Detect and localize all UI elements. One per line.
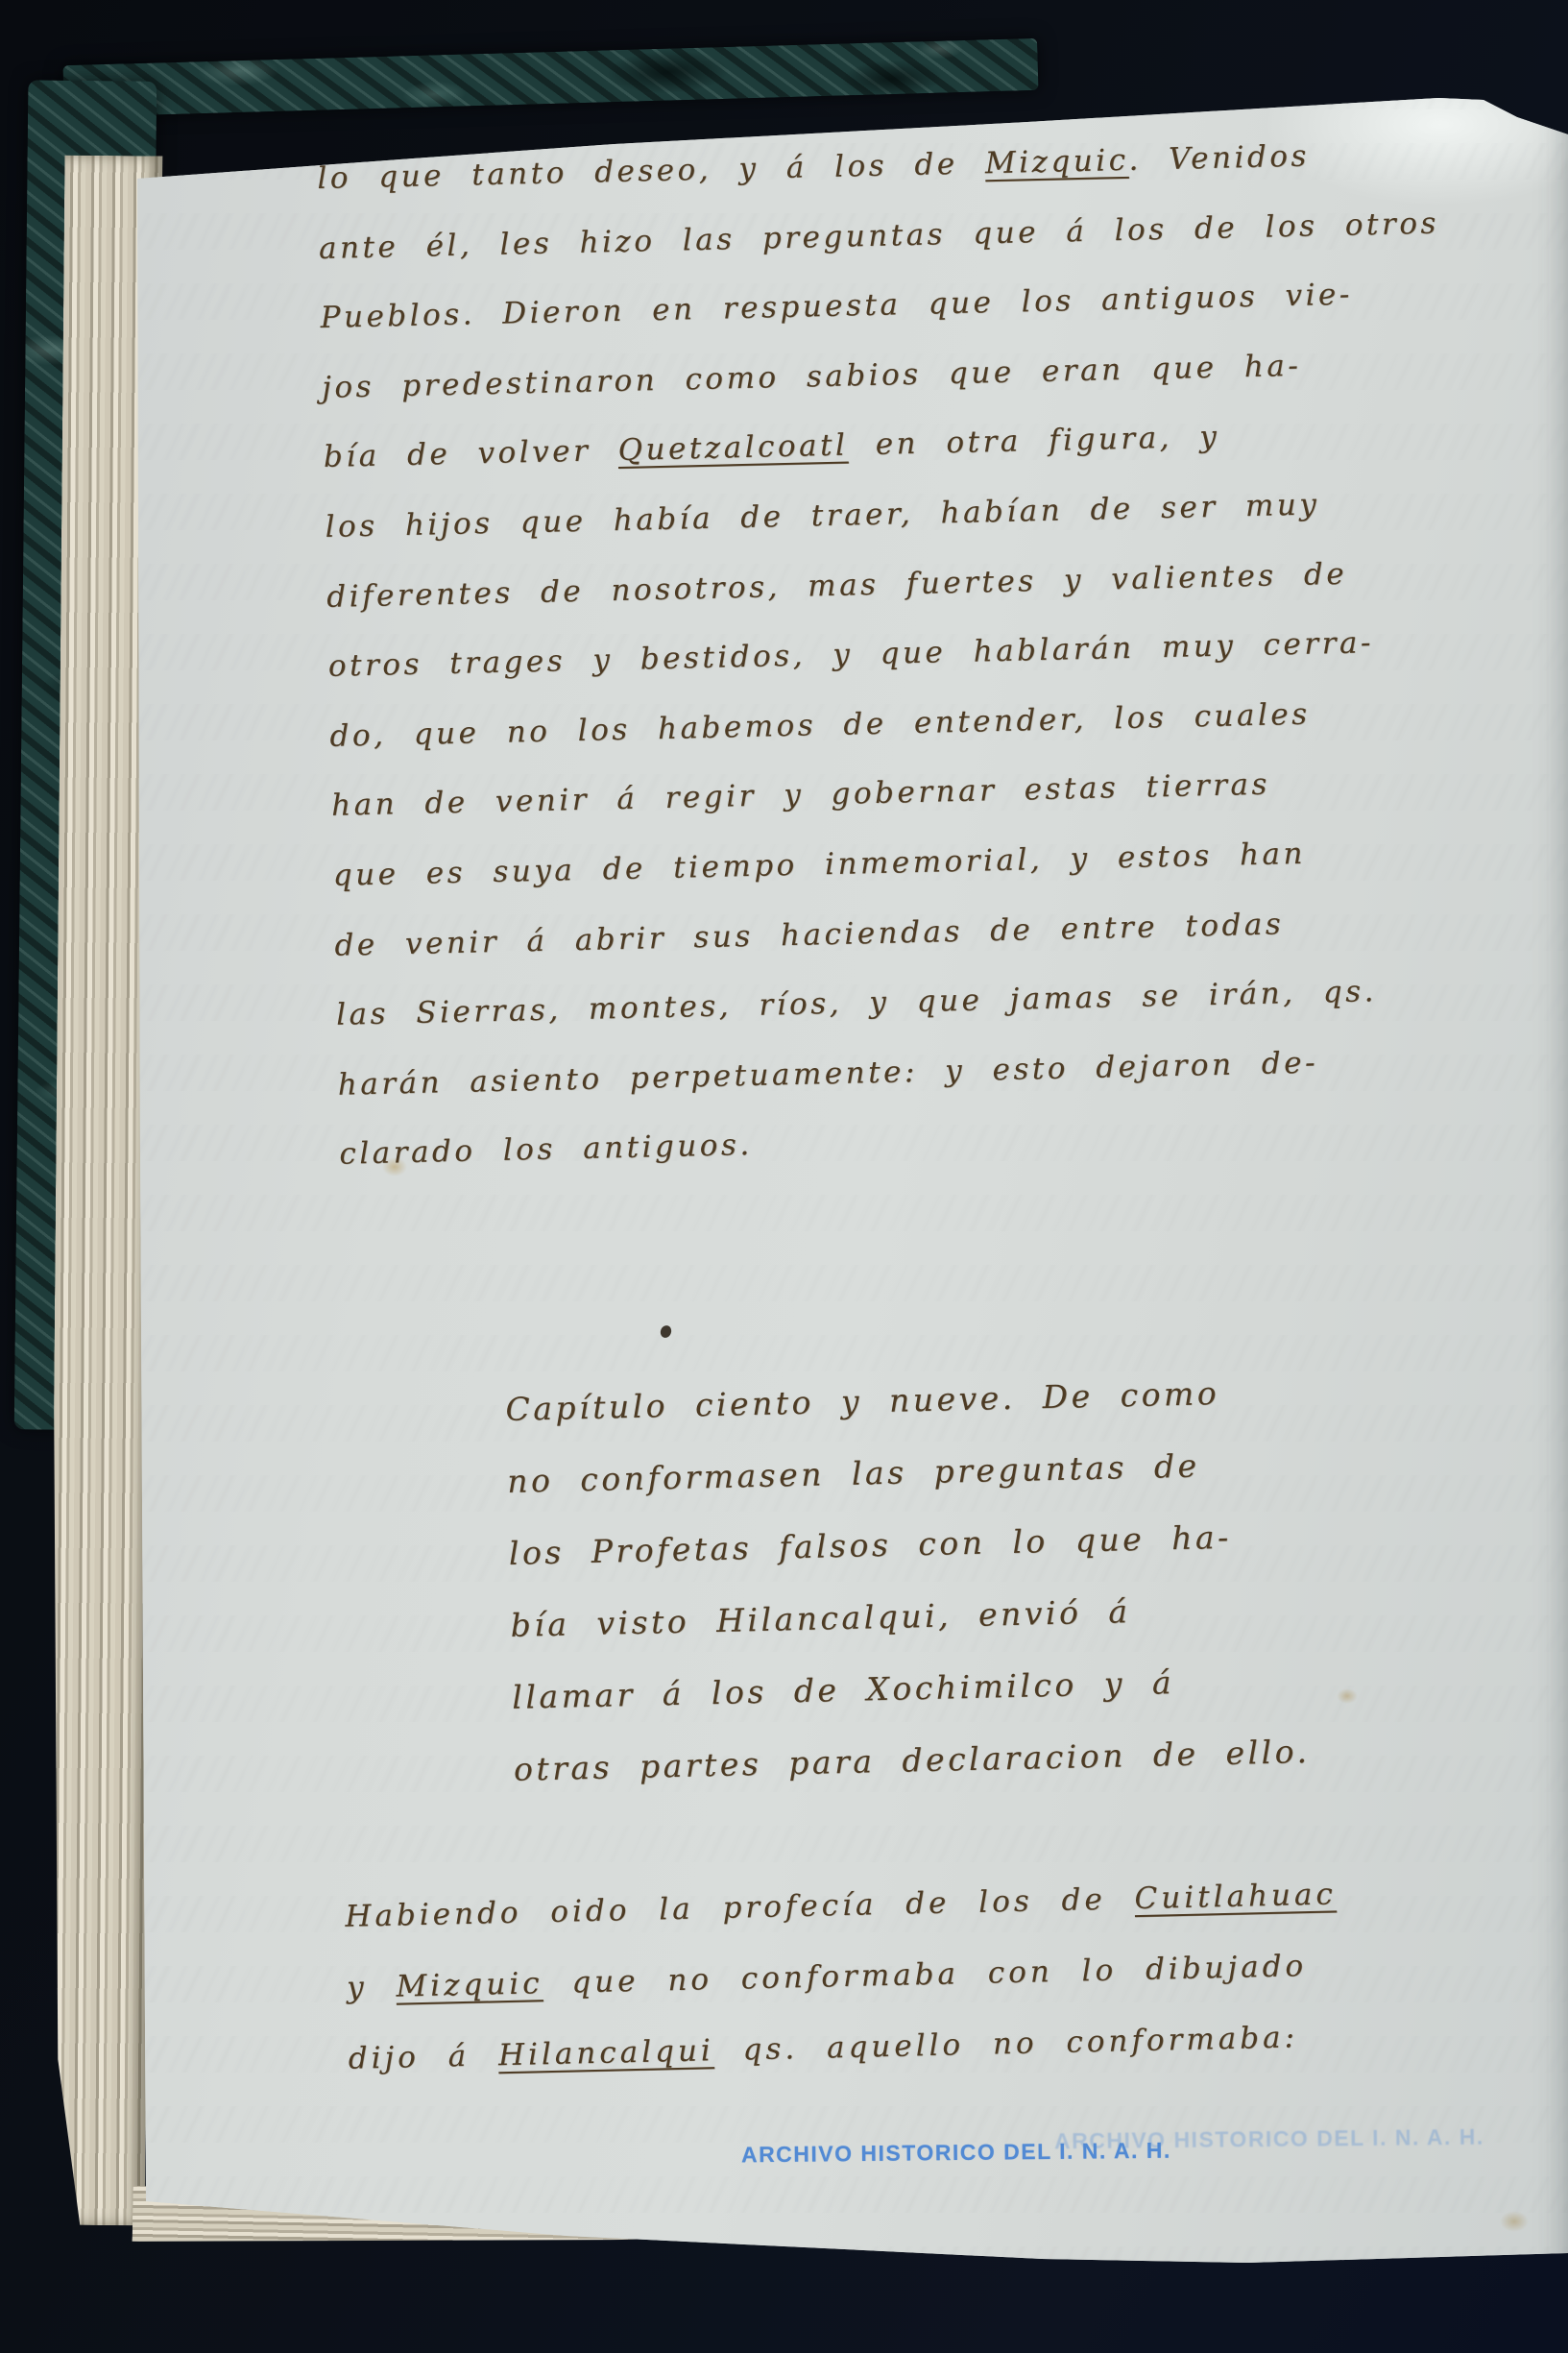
underlined-proper-name: Cuitlahuac — [1134, 1877, 1337, 1916]
chapter-heading: Capítulo ciento y nueve. De comono confo… — [505, 1372, 1312, 1823]
book-cover-top-edge — [62, 38, 1038, 117]
closing-paragraph: Habiendo oido la profecía de los de Cuit… — [345, 1877, 1340, 2112]
underlined-proper-name: Hilancalqui — [498, 2033, 715, 2073]
body-paragraph: lo que tanto deseo, y á los de Mizquic. … — [317, 136, 1460, 1207]
manuscript-page: 396 lo que tanto deseo, y á los de Mizqu… — [0, 0, 1568, 2353]
manuscript-text-layer: 396 lo que tanto deseo, y á los de Mizqu… — [0, 0, 1568, 2353]
underlined-proper-name: Quetzalcoatl — [617, 428, 849, 468]
manuscript-photo: { "page": { "page_number": "396", "stamp… — [0, 0, 1568, 2353]
underlined-proper-name: Mizquic — [396, 1966, 543, 2003]
underlined-proper-name: Mizquic — [985, 143, 1129, 181]
archive-stamp-echo: ARCHIVO HISTORICO DEL I. N. A. H. — [1054, 2124, 1484, 2155]
